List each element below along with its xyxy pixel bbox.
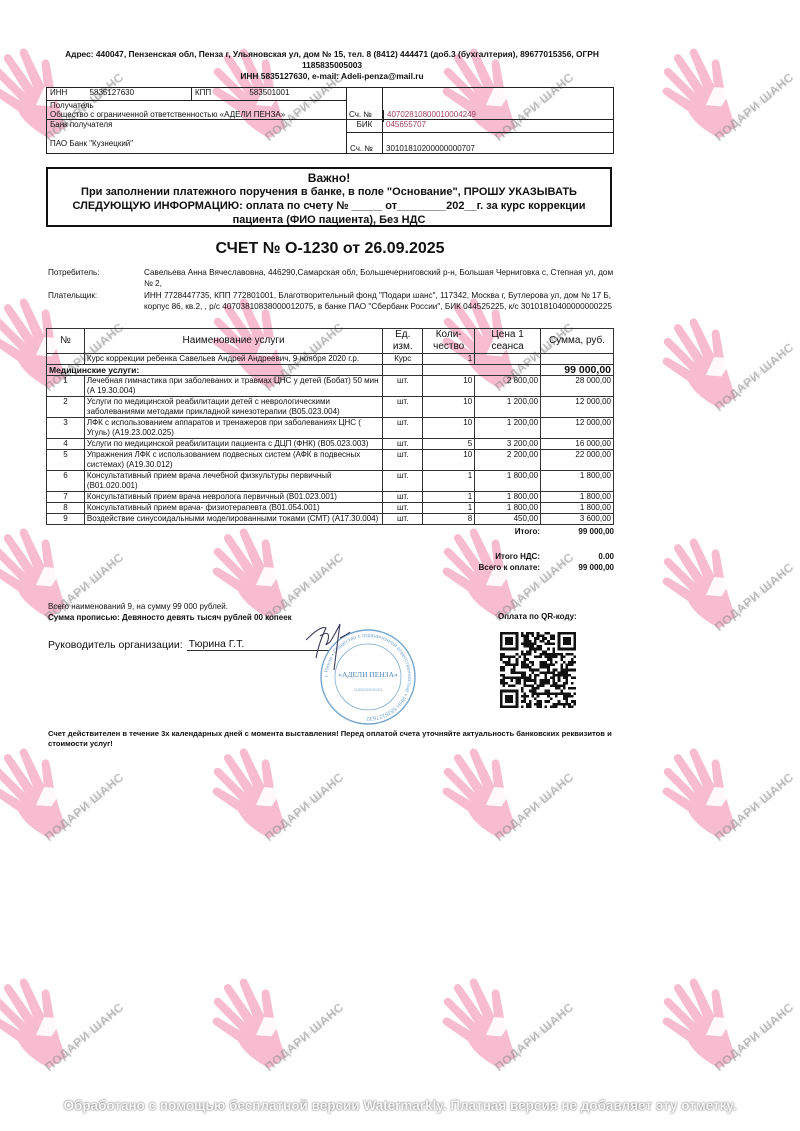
- cell-name: Консультативный прием врача невролога пе…: [84, 492, 382, 503]
- cell-unit: шт.: [383, 376, 423, 397]
- svg-text:1185835005003: 1185835005003: [354, 687, 383, 692]
- kpp-value: 583501001: [249, 88, 289, 97]
- cell-sum: 1 800,00: [541, 503, 614, 514]
- cell-qty: 10: [423, 450, 475, 471]
- group-blank: [383, 365, 423, 376]
- grand-total-row: Всего к оплате: 99 000,00: [420, 563, 614, 574]
- consumer-value: Савельева Анна Вячеславовна, 446290,Сама…: [144, 268, 616, 289]
- watermark-sub: БЛАГОТВОРИТЕЛЬНЫЙ ФОНД: [509, 1009, 569, 1061]
- course-name: Курс коррекции ребенка Савельев Андрей А…: [84, 354, 382, 365]
- col-price: Цена 1 сеанса: [475, 329, 541, 354]
- recipient-label: Получатель: [50, 101, 343, 110]
- inn-value: 5835127630: [90, 88, 135, 97]
- vat-value: 0.00: [548, 552, 614, 563]
- notice-line: СЛЕДУЮЩУЮ ИНФОРМАЦИЮ: оплата по счету № …: [48, 199, 610, 213]
- subtotal-value: 99 000,00: [548, 527, 614, 538]
- cell-price: 3 200,00: [475, 439, 541, 450]
- watermark-logo: ПОДАРИ ШАНСБЛАГОТВОРИТЕЛЬНЫЙ ФОНД: [660, 740, 800, 870]
- watermark-brand: ПОДАРИ ШАНС: [42, 770, 126, 844]
- cell-unit: шт.: [383, 503, 423, 514]
- qr-code: [500, 632, 576, 708]
- items-count-line: Всего наименований 9, на сумму 99 000 ру…: [48, 601, 292, 612]
- payer-value: ИНН 7728447735, КПП 772801001, Благотвор…: [144, 291, 616, 312]
- watermarkly-footer: Обработано с помощью бесплатной версии W…: [0, 1098, 800, 1113]
- cell-qty: 10: [423, 418, 475, 439]
- cell-num: 1: [47, 376, 85, 397]
- watermark-logo: ПОДАРИ ШАНСБЛАГОТВОРИТЕЛЬНЫЙ ФОНД: [660, 970, 800, 1100]
- payer-row: Плательщик: ИНН 7728447735, КПП 77280100…: [48, 291, 616, 312]
- table-row: 7Консультативный прием врача невролога п…: [47, 492, 614, 503]
- recipient-value: Общество с ограниченной ответственностью…: [50, 110, 343, 119]
- watermark-logo: ПОДАРИ ШАНСБЛАГОТВОРИТЕЛЬНЫЙ ФОНД: [210, 970, 350, 1100]
- watermark-brand: ПОДАРИ ШАНС: [492, 770, 576, 844]
- table-row: 1Лечебная гимнастика при заболеваних и т…: [47, 376, 614, 397]
- watermark-logo: ПОДАРИ ШАНСБЛАГОТВОРИТЕЛЬНЫЙ ФОНД: [440, 970, 580, 1100]
- cell-unit: шт.: [383, 471, 423, 492]
- bank-cell: Банк получателя ПАО Банк "Кузнецкий": [47, 120, 347, 154]
- watermark-brand: ПОДАРИ ШАНС: [712, 70, 796, 144]
- cell-unit: шт.: [383, 492, 423, 503]
- table-row: 5Упражнения ЛФК с использованием подвесн…: [47, 450, 614, 471]
- table-header: № Наименование услуги Ед. изм. Коли-чест…: [47, 329, 614, 354]
- cell-name: ЛФК с использованием аппаратов и тренаже…: [84, 418, 382, 439]
- cell-unit: шт.: [383, 439, 423, 450]
- watermark-brand: ПОДАРИ ШАНС: [262, 1000, 346, 1074]
- watermark-sub: БЛАГОТВОРИТЕЛЬНЫЙ ФОНД: [729, 569, 789, 621]
- course-sum: [541, 354, 614, 365]
- vat-row: Итого НДС: 0.00: [420, 552, 614, 563]
- watermark-logo: ПОДАРИ ШАНСБЛАГОТВОРИТЕЛЬНЫЙ ФОНД: [660, 310, 800, 440]
- course-num: [47, 354, 85, 365]
- cell-sum: 3 600,00: [541, 514, 614, 525]
- course-unit: Курс: [383, 354, 423, 365]
- cell-name: Упражнения ЛФК с использованием подвесны…: [84, 450, 382, 471]
- account-value: 40702810800010004249: [384, 110, 476, 122]
- cell-name: Лечебная гимнастика при заболеваних и тр…: [84, 376, 382, 397]
- cell-qty: 1: [423, 503, 475, 514]
- cell-sum: 1 800,00: [541, 492, 614, 503]
- course-row: Курс коррекции ребенка Савельев Андрей А…: [47, 354, 614, 365]
- qr-label: Оплата по QR-коду:: [498, 612, 577, 621]
- address-line: Адрес: 440047, Пензенская обл, Пенза г, …: [48, 49, 616, 60]
- cell-num: 3: [47, 418, 85, 439]
- hand-icon: [420, 950, 559, 1089]
- watermark-sub: БЛАГОТВОРИТЕЛЬНЫЙ ФОНД: [729, 79, 789, 131]
- watermark-sub: БЛАГОТВОРИТЕЛЬНЫЙ ФОНД: [59, 1009, 119, 1061]
- grand-total-value: 99 000,00: [548, 563, 614, 574]
- inn-email-line: ИНН 5835127630, e-mail: Adeli-penza@mail…: [48, 71, 616, 82]
- summary-block: Всего наименований 9, на сумму 99 000 ру…: [48, 601, 292, 623]
- totals-block: Итого: 99 000,00 Итого НДС: 0.00 Всего к…: [420, 527, 614, 574]
- cell-name: Воздействие синусоидальными моделированн…: [84, 514, 382, 525]
- watermark-sub: БЛАГОТВОРИТЕЛЬНЫЙ ФОНД: [729, 349, 789, 401]
- services-table: № Наименование услуги Ед. изм. Коли-чест…: [46, 328, 614, 525]
- col-qty: Коли-чество: [423, 329, 475, 354]
- inn-label: ИНН: [50, 88, 67, 97]
- watermark-logo: ПОДАРИ ШАНСБЛАГОТВОРИТЕЛЬНЫЙ ФОНД: [0, 970, 130, 1100]
- consumer-row: Потребитель: Савельева Анна Вячеславовна…: [48, 268, 616, 289]
- account-label: Сч. №: [346, 110, 384, 122]
- cell-price: 1 200,00: [475, 418, 541, 439]
- table-row: 6Консультативный прием врача лечебной фи…: [47, 471, 614, 492]
- watermark-logo: ПОДАРИ ШАНСБЛАГОТВОРИТЕЛЬНЫЙ ФОНД: [660, 530, 800, 660]
- watermark-logo: ПОДАРИ ШАНСБЛАГОТВОРИТЕЛЬНЫЙ ФОНД: [660, 40, 800, 170]
- course-qty: 1: [423, 354, 475, 365]
- cell-qty: 5: [423, 439, 475, 450]
- col-name: Наименование услуги: [84, 329, 382, 354]
- cell-unit: шт.: [383, 397, 423, 418]
- hand-icon: [0, 950, 110, 1089]
- watermark-brand: ПОДАРИ ШАНС: [42, 1000, 126, 1074]
- cell-name: Консультативный прием врача лечебной физ…: [84, 471, 382, 492]
- cell-price: 450,00: [475, 514, 541, 525]
- account-row: Сч. № 40702810800010004249: [346, 109, 612, 122]
- validity-notice: Счет действителен в течение 3х календарн…: [48, 729, 616, 749]
- cell-unit: шт.: [383, 418, 423, 439]
- cell-price: 2 200,00: [475, 450, 541, 471]
- cell-unit: шт.: [383, 450, 423, 471]
- watermark-sub: БЛАГОТВОРИТЕЛЬНЫЙ ФОНД: [279, 779, 339, 831]
- bank-label: Банк получателя: [50, 120, 343, 129]
- subtotal-row: Итого: 99 000,00: [420, 527, 614, 538]
- kpp-label: КПП: [195, 88, 211, 97]
- table-row: 3ЛФК с использованием аппаратов и тренаж…: [47, 418, 614, 439]
- kpp-cell: КПП 583501001: [192, 88, 347, 101]
- cell-num: 5: [47, 450, 85, 471]
- cell-name: Консультативный прием врача- физиотерапе…: [84, 503, 382, 514]
- parties-block: Потребитель: Савельева Анна Вячеславовна…: [48, 268, 616, 314]
- watermark-brand: ПОДАРИ ШАНС: [712, 340, 796, 414]
- ogrn-line: 1185835005003: [48, 60, 616, 71]
- cell-price: 1 800,00: [475, 471, 541, 492]
- cell-num: 2: [47, 397, 85, 418]
- notice-line: пациента (ФИО пациента), Без НДС: [48, 213, 610, 227]
- hand-icon: [190, 950, 329, 1089]
- cell-sum: 1 800,00: [541, 471, 614, 492]
- consumer-label: Потребитель:: [48, 268, 144, 289]
- cell-price: 1 800,00: [475, 492, 541, 503]
- watermark-sub: БЛАГОТВОРИТЕЛЬНЫЙ ФОНД: [729, 1009, 789, 1061]
- watermark-brand: ПОДАРИ ШАНС: [712, 770, 796, 844]
- bank-name: ПАО Банк "Кузнецкий": [50, 139, 343, 148]
- director-label: Руководитель организации:: [48, 639, 183, 651]
- watermark-brand: ПОДАРИ ШАНС: [262, 770, 346, 844]
- cell-sum: 28 000,00: [541, 376, 614, 397]
- watermark-sub: БЛАГОТВОРИТЕЛЬНЫЙ ФОНД: [279, 1009, 339, 1061]
- cell-sum: 16 000,00: [541, 439, 614, 450]
- table-row: 9Воздействие синусоидальными моделирован…: [47, 514, 614, 525]
- notice-title: Важно!: [48, 171, 610, 185]
- course-price: [475, 354, 541, 365]
- cell-unit: шт.: [383, 514, 423, 525]
- corr-account-value: 30101810200000000707: [383, 133, 614, 154]
- important-notice: Важно! При заполнении платежного поручен…: [46, 167, 612, 227]
- group-total: 99 000,00: [541, 365, 614, 376]
- cell-sum: 12 000,00: [541, 397, 614, 418]
- notice-line: При заполнении платежного поручения в ба…: [48, 185, 610, 199]
- cell-num: 8: [47, 503, 85, 514]
- cell-sum: 12 000,00: [541, 418, 614, 439]
- watermark-sub: БЛАГОТВОРИТЕЛЬНЫЙ ФОНД: [59, 779, 119, 831]
- director-signature-line: Руководитель организации: Тюрина Г.Т.: [48, 638, 329, 651]
- cell-num: 9: [47, 514, 85, 525]
- watermark-logo: ПОДАРИ ШАНСБЛАГОТВОРИТЕЛЬНЫЙ ФОНД: [0, 520, 130, 650]
- watermark-brand: ПОДАРИ ШАНС: [712, 1000, 796, 1074]
- hand-icon: [640, 510, 779, 649]
- table-row: 2Услуги по медицинской реабилитации дете…: [47, 397, 614, 418]
- cell-price: 2 800,00: [475, 376, 541, 397]
- inn-cell: ИНН 5835127630: [47, 88, 192, 101]
- subtotal-label: Итого:: [420, 527, 548, 538]
- watermark-logo: ПОДАРИ ШАНСБЛАГОТВОРИТЕЛЬНЫЙ ФОНД: [210, 740, 350, 870]
- cell-qty: 1: [423, 471, 475, 492]
- group-row: Медицинские услуги: 99 000,00: [47, 365, 614, 376]
- signature: [300, 618, 360, 673]
- table-row: 4Услуги по медицинской реабилитации паци…: [47, 439, 614, 450]
- col-unit: Ед. изм.: [383, 329, 423, 354]
- watermark-sub: БЛАГОТВОРИТЕЛЬНЫЙ ФОНД: [729, 779, 789, 831]
- watermark-brand: ПОДАРИ ШАНС: [712, 560, 796, 634]
- cell-sum: 22 000,00: [541, 450, 614, 471]
- amount-in-words: Сумма прописью: Девяносто девять тысяч р…: [48, 612, 292, 623]
- payer-label: Плательщик:: [48, 291, 144, 312]
- table-row: 8Консультативный прием врача- физиотерап…: [47, 503, 614, 514]
- cell-num: 6: [47, 471, 85, 492]
- watermark-logo: ПОДАРИ ШАНСБЛАГОТВОРИТЕЛЬНЫЙ ФОНД: [0, 740, 130, 870]
- watermark-sub: БЛАГОТВОРИТЕЛЬНЫЙ ФОНД: [509, 779, 569, 831]
- cell-qty: 8: [423, 514, 475, 525]
- hand-icon: [640, 950, 779, 1089]
- cell-name: Услуги по медицинской реабилитации пацие…: [84, 439, 382, 450]
- cell-qty: 1: [423, 492, 475, 503]
- company-address: Адрес: 440047, Пензенская обл, Пенза г, …: [48, 49, 616, 82]
- cell-price: 1 200,00: [475, 397, 541, 418]
- col-sum: Сумма, руб.: [541, 329, 614, 354]
- corr-account-label: Сч. №: [347, 133, 383, 154]
- hand-icon: [640, 720, 779, 859]
- group-blank: [423, 365, 541, 376]
- cell-num: 4: [47, 439, 85, 450]
- cell-qty: 10: [423, 376, 475, 397]
- hand-icon: [640, 20, 779, 159]
- cell-num: 7: [47, 492, 85, 503]
- group-label: Медицинские услуги:: [47, 365, 383, 376]
- cell-qty: 10: [423, 397, 475, 418]
- hand-icon: [640, 290, 779, 429]
- cell-name: Услуги по медицинской реабилитации детей…: [84, 397, 382, 418]
- watermark-brand: ПОДАРИ ШАНС: [492, 1000, 576, 1074]
- watermark-logo: ПОДАРИ ШАНСБЛАГОТВОРИТЕЛЬНЫЙ ФОНД: [440, 740, 580, 870]
- cell-price: 1 800,00: [475, 503, 541, 514]
- recipient-cell: Получатель Общество с ограниченной ответ…: [47, 101, 347, 120]
- grand-total-label: Всего к оплате:: [420, 563, 548, 574]
- col-num: №: [47, 329, 85, 354]
- invoice-title: СЧЕТ № О-1230 от 26.09.2025: [46, 240, 614, 258]
- vat-label: Итого НДС:: [420, 552, 548, 563]
